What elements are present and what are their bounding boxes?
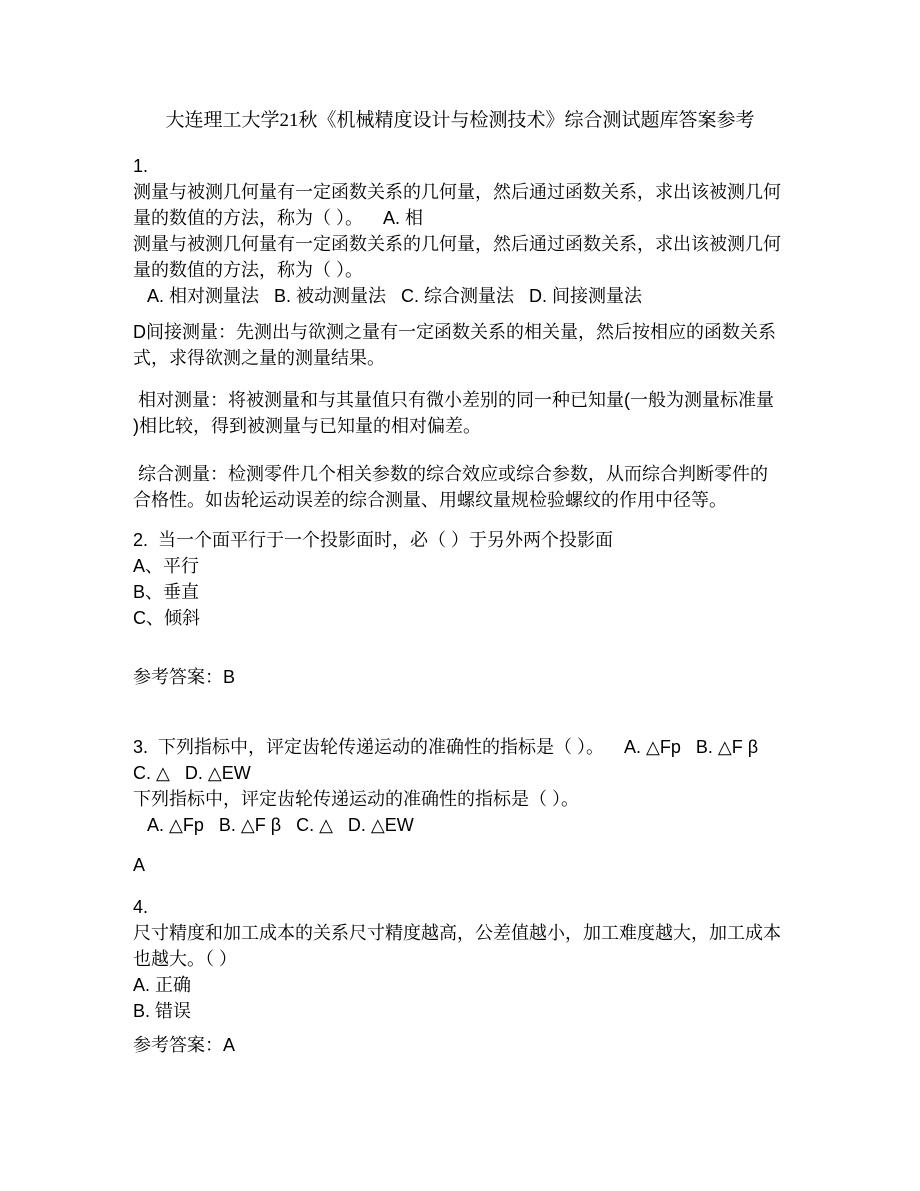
text-line: A. △Fp B. △F β C. △ D. △EW [133,812,833,838]
text-line: 测量与被测几何量有一定函数关系的几何量，然后通过函数关系，求出该被测几何 [133,231,833,257]
text-line: 测量与被测几何量有一定函数关系的几何量，然后通过函数关系，求出该被测几何 [133,179,833,205]
text-line: 量的数值的方法，称为（ ）。 [133,257,833,283]
text-line: 也越大。（ ） [133,946,833,972]
question-2: 2. 当一个面平行于一个投影面时，必（ ）于另外两个投影面A、平行B、垂直C、倾… [133,527,833,631]
text-line: 参考答案：B [133,664,833,690]
text-line: 合格性。如齿轮运动误差的综合测量、用螺纹量规检验螺纹的作用中径等。 [133,487,833,513]
composite-measurement-explanation: 综合测量：检测零件几个相关参数的综合效应或综合参数，从而综合判断零件的合格性。如… [133,461,833,513]
text-line: 式，求得欲测之量的测量结果。 [133,345,833,371]
relative-measurement-explanation: 相对测量：将被测量和与其量值只有微小差别的同一种已知量(一般为测量标准量)相比较… [133,387,833,439]
text-line: C. △ D. △EW [133,760,833,786]
document-body: 1.测量与被测几何量有一定函数关系的几何量，然后通过函数关系，求出该被测几何量的… [133,153,833,1058]
text-line: C、倾斜 [133,605,833,631]
document-page: 大连理工大学21秋《机械精度设计与检测技术》综合测试题库答案参考 1.测量与被测… [0,0,920,1191]
text-line: 下列指标中，评定齿轮传递运动的准确性的指标是（ ）。 [133,786,833,812]
question-2-answer: 参考答案：B [133,664,833,690]
text-line: A [133,852,833,878]
text-line: 尺寸精度和加工成本的关系尺寸精度越高，公差值越小，加工难度越大，加工成本 [133,920,833,946]
document-title: 大连理工大学21秋《机械精度设计与检测技术》综合测试题库答案参考 [0,109,920,133]
question-3-answer: A [133,852,833,878]
text-line: A. 正确 [133,972,833,998]
question-1: 1.测量与被测几何量有一定函数关系的几何量，然后通过函数关系，求出该被测几何量的… [133,153,833,309]
question-1-answer-explanation-d: D间接测量：先测出与欲测之量有一定函数关系的相关量，然后按相应的函数关系式，求得… [133,319,833,371]
text-line: A. 相对测量法 B. 被动测量法 C. 综合测量法 D. 间接测量法 [133,283,833,309]
text-line: D间接测量：先测出与欲测之量有一定函数关系的相关量，然后按相应的函数关系 [133,319,833,345]
text-line: 1. [133,153,833,179]
text-line: 2. 当一个面平行于一个投影面时，必（ ）于另外两个投影面 [133,527,833,553]
question-3: 3. 下列指标中，评定齿轮传递运动的准确性的指标是（ ）。 A. △Fp B. … [133,734,833,838]
text-line: A、平行 [133,553,833,579]
question-4: 4.尺寸精度和加工成本的关系尺寸精度越高，公差值越小，加工难度越大，加工成本也越… [133,894,833,1024]
text-line: 相对测量：将被测量和与其量值只有微小差别的同一种已知量(一般为测量标准量 [133,387,833,413]
text-line: )相比较，得到被测量与已知量的相对偏差。 [133,413,833,439]
text-line: 4. [133,894,833,920]
text-line: B、垂直 [133,579,833,605]
text-line: 3. 下列指标中，评定齿轮传递运动的准确性的指标是（ ）。 A. △Fp B. … [133,734,833,760]
text-line: 量的数值的方法，称为（ ）。 A. 相 [133,205,833,231]
text-line: 综合测量：检测零件几个相关参数的综合效应或综合参数，从而综合判断零件的 [133,461,833,487]
text-line: B. 错误 [133,998,833,1024]
question-4-answer: 参考答案：A [133,1032,833,1058]
text-line: 参考答案：A [133,1032,833,1058]
